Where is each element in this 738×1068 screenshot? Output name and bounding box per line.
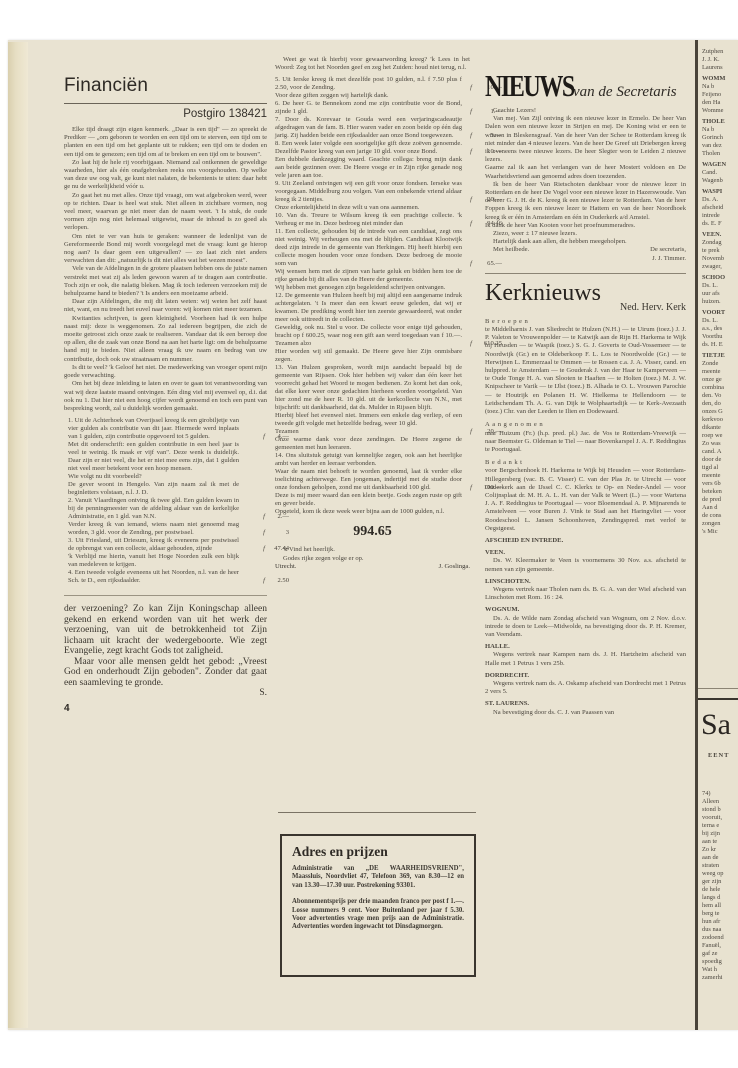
- fragment-line: Ds. A.: [702, 196, 738, 204]
- fragment-line: Novemb: [702, 255, 738, 263]
- fragment-heading: SCHOO: [702, 274, 738, 282]
- fragment-line: den, do: [702, 400, 738, 408]
- florin-sign: f: [470, 196, 472, 204]
- fragment-line: straten: [702, 862, 738, 870]
- right-page-title-fragment: Sa: [701, 708, 731, 742]
- financien-column: Financiën Postgiro 138421 Elke tijd draa…: [64, 75, 267, 714]
- gift-entry: Wij wensen hem met de zijnen van harte g…: [275, 268, 470, 284]
- signoff-signature: J. Goslinga.: [439, 563, 470, 570]
- florin-sign: f: [470, 428, 472, 436]
- page-number: 4: [64, 703, 267, 714]
- fragment-line: Na b: [702, 83, 738, 91]
- intro-paragraph: Zo gaat het nu met alles. Onze tijd vraa…: [64, 192, 267, 233]
- closing-paragraph: Maar voor alle mensen geldt het gebod: „…: [64, 657, 267, 689]
- gift-entry: Wij hebben met genoegen zijn begeleidend…: [275, 284, 470, 292]
- gift-text: Wij wensen hem met de zijnen van harte g…: [275, 268, 462, 283]
- beroepen-text: te Middelharnis J. van Sliedrecht te Hul…: [485, 326, 686, 416]
- gift-entry: Onze erkentelijkheid in deze wilt u van …: [275, 204, 470, 212]
- florin-sign: f: [470, 132, 472, 140]
- signoff-place: Utrecht.: [275, 563, 296, 570]
- gifts-column: Weet ge wat ik hierbij voor gewaarwordin…: [275, 50, 470, 570]
- nieuws-subtitle: van de Secretaris: [573, 84, 677, 101]
- fragment-line: gaf ze: [702, 950, 738, 958]
- fragment-line: Zo was: [702, 440, 738, 448]
- fragment-line: de cons: [702, 512, 738, 520]
- gift-entry: Een dubbele dankzegging waard. Geachte c…: [275, 156, 470, 180]
- nieuws-signature: J. J. Timmer.: [485, 255, 686, 263]
- nieuws-column: NIEUWS van de Secretaris Geachte Lezers!…: [485, 68, 686, 717]
- place-text: Ds. W. Kleermaker te Veen is voornemens …: [485, 557, 686, 573]
- gift-entry: 4. Een tweede volgde eveneens uit het No…: [68, 569, 267, 585]
- fragment-line: den Ha: [702, 99, 738, 107]
- gift-text: 4. Een tweede volgde eveneens uit het No…: [68, 569, 239, 584]
- fragment-line: de hele: [702, 886, 738, 894]
- intro-paragraph: Daar zijn Afdelingen, die mij dit laten …: [64, 298, 267, 314]
- gift-entry: 8. Een week later volgde een soortgelijk…: [275, 140, 470, 156]
- right-page-rule: [698, 688, 738, 689]
- fragment-line: te prek: [702, 247, 738, 255]
- nieuws-title: NIEUWS: [485, 68, 552, 104]
- fragment-line: dus naa: [702, 926, 738, 934]
- nieuws-closing-left: Met heilbede.: [485, 246, 529, 254]
- financien-title: Financiën: [64, 75, 267, 97]
- gift-text: 7. Door ds. Korevaar te Gouda werd een v…: [275, 116, 462, 139]
- fragment-line: Zonde: [702, 360, 738, 368]
- aangenomen-text: naar Huizum (Fr.) (h.p. pred. pl.) Jac. …: [485, 430, 686, 455]
- page-edge: [8, 42, 28, 1028]
- fragment-line: bij zijn: [702, 830, 738, 838]
- gift-text: Waar de naam niet behoeft te worden geno…: [275, 468, 462, 491]
- fragment-line: de pred: [702, 496, 738, 504]
- gift-entry: Deze is mij meer waard dan een klein bee…: [275, 492, 470, 508]
- florin-sign: f: [470, 340, 472, 348]
- closing-signature: S.: [64, 688, 267, 699]
- intro-paragraph: Is dit te veel? 'k Geloof het niet. De m…: [64, 364, 267, 380]
- place-text: Na bevestiging door ds. C. J. van Paasse…: [485, 709, 686, 717]
- fragment-line: dikante: [702, 424, 738, 432]
- fragment-line: intrede: [702, 212, 738, 220]
- fragment-line: hun afr: [702, 918, 738, 926]
- fragment-line: beteken: [702, 488, 738, 496]
- gift-entry: Met dit onderschrift: een gulden contrib…: [68, 441, 267, 473]
- fragment-line: zamerhi: [702, 974, 738, 982]
- fragment-line: Zo kr: [702, 846, 738, 854]
- nieuws-paragraph: Ziezo, weer ± 17 nieuwe lezers.: [485, 230, 686, 238]
- gift-text: 6. De heer G. te Bennekom zond me zijn c…: [275, 100, 462, 115]
- fragment-line: roep we: [702, 432, 738, 440]
- fragment-line: Fanuël,: [702, 942, 738, 950]
- fragment-line: Feijeno: [702, 91, 738, 99]
- place-text: Ds. A. de Wilde nam Zondag afscheid van …: [485, 615, 686, 640]
- nieuws-paragraph: Gaarne zal ik aan het verlangen van de h…: [485, 164, 686, 180]
- gift-text: 14. Ons sluitstuk getuigt van kennelijke…: [275, 452, 462, 467]
- gift-entry: Hierbij bleef het evenwel niet. Immers e…: [275, 412, 470, 428]
- fragment-line: stond b: [702, 806, 738, 814]
- adres-divider: [278, 812, 476, 813]
- gift-entry: Tezamenf20.—: [275, 428, 470, 436]
- fragment-line: van dez: [702, 142, 738, 150]
- after-total-line: 'k Vind het heerlijk.: [275, 546, 470, 554]
- gift-text: Met dit onderschrift: een gulden contrib…: [68, 441, 239, 472]
- gift-text: Voor deze giften zeggen wij hartelijk da…: [275, 92, 389, 99]
- right-page-subtitle-fragment: EENT: [708, 752, 738, 760]
- nieuws-paragraph: Hartelijk dank aan allen, die hebben mee…: [485, 238, 686, 246]
- intro-paragraph: Om niet te ver van huis te geraken: wann…: [64, 233, 267, 266]
- gift-text: Verder kreeg ik van iemand, wiens naam n…: [68, 521, 239, 536]
- intro-paragraph: Zo laat hij de hele rij voorbijgaan. Nie…: [64, 159, 267, 192]
- gift-entry: 5. Uit Ierske kreeg ik met dezelfde post…: [275, 76, 470, 92]
- fragment-line: Voorthu: [702, 333, 738, 341]
- florin-sign: f: [470, 484, 472, 492]
- intro-paragraph: Vele van de Afdelingen in de grotere pla…: [64, 265, 267, 298]
- fragment-line: Aan d: [702, 504, 738, 512]
- gift-text: 10. Van ds. Treure te Wilsum kreeg ik ee…: [275, 212, 462, 227]
- fragment-line: vooruit,: [702, 814, 738, 822]
- fragment-line: uur afs: [702, 290, 738, 298]
- gift-entry: 1. Uit de Achterhoek van Overijssel kree…: [68, 417, 267, 441]
- gift-text: 'k Verblijd me hierin, vanuit het Hoge N…: [68, 553, 239, 568]
- fragment-heading: WAGEN: [702, 161, 738, 169]
- adres-prices: Abonnementsprijs per drie maanden franco…: [292, 898, 464, 932]
- fragment-line: aan de: [702, 854, 738, 862]
- gift-text: Onze warme dank voor deze zendingen. De …: [275, 436, 462, 451]
- signoff: Utrecht. J. Goslinga.: [275, 563, 470, 570]
- col2-intro: Weet ge wat ik hierbij voor gewaarwordin…: [275, 56, 470, 72]
- place-heading: HALLE.: [485, 643, 686, 651]
- fragment-line: afscheid: [702, 204, 738, 212]
- fragment-heading: WASPI: [702, 188, 738, 196]
- place-heading: WOGNUM.: [485, 606, 686, 614]
- fragment-line: spoedig: [702, 958, 738, 966]
- fragment-line: onzes G: [702, 408, 738, 416]
- gift-entry: Voor deze giften zeggen wij hartelijk da…: [275, 92, 470, 100]
- nieuws-paragraph: Ik ben de heer Van Rietschoten dankbaar …: [485, 181, 686, 222]
- fragment-line: Laurens: [702, 64, 738, 72]
- closing-signature-line: Maar voor alle mensen geldt het gebod: „…: [64, 657, 267, 689]
- nieuws-body: Geachte Lezers! Van mej. Van Zijl ontvin…: [485, 107, 686, 263]
- gift-text: 13. Van Hulzen gesproken, wordt mijn aan…: [275, 364, 462, 411]
- fragment-heading: VOORT: [702, 309, 738, 317]
- fragment-line: zongen: [702, 520, 738, 528]
- fragment-line: weeg op: [702, 870, 738, 878]
- nieuws-closing-right: De secretaris,: [650, 246, 686, 254]
- gift-entry: Wie volgt nu dit voorbeeld?: [68, 473, 267, 481]
- fragment-line: Zondag: [702, 239, 738, 247]
- col2-intro-text: Weet ge wat ik hierbij voor gewaarwordin…: [275, 56, 470, 72]
- gift-amount: 2.50: [277, 577, 289, 585]
- gift-entry: Opgeteld, kom ik deze week weer bijna aa…: [275, 508, 470, 516]
- place-heading: LINSCHOTEN.: [485, 578, 686, 586]
- gift-list: 1. Uit de Achterhoek van Overijssel kree…: [68, 417, 267, 585]
- gift-text: 2. Vanuit Vlaardingen ontving ik twee gl…: [68, 497, 239, 520]
- fragment-line: aan te: [702, 838, 738, 846]
- gift-entry: 'k Verblijd me hierin, vanuit het Hoge N…: [68, 553, 267, 569]
- fragment-line: combina: [702, 384, 738, 392]
- fragment-line: meente: [702, 472, 738, 480]
- florin-sign: f: [470, 260, 472, 268]
- gift-text: 11. Een collecte, gehouden bij de intred…: [275, 228, 462, 267]
- fragment-heading: VEEN.: [702, 231, 738, 239]
- fragment-line: Ds. L.: [702, 282, 738, 290]
- fragment-line: tigd al: [702, 464, 738, 472]
- nieuws-greeting: Geachte Lezers!: [485, 107, 686, 115]
- fragment-line: huizen.: [702, 298, 738, 306]
- fragment-line: Na b: [702, 126, 738, 134]
- florin-sign: f: [263, 545, 265, 553]
- after-total: 'k Vind het heerlijk. Godes rijke zegen …: [275, 546, 470, 562]
- intro-paragraph: Kwitanties schrijven, is geen kleinighei…: [64, 315, 267, 364]
- gift-entry: 2. Vanuit Vlaardingen ontving ik twee gl…: [68, 497, 267, 521]
- gift-text: Wie volgt nu dit voorbeeld?: [68, 473, 142, 480]
- nieuws-paragraph: Van mej. Van Zijl ontving ik een nieuwe …: [485, 115, 686, 164]
- gift-text: 5. Uit Ierske kreeg ik met dezelfde post…: [275, 76, 462, 91]
- gift-entry: 3. Uit Friesland, uit Driesum, kreeg ik …: [68, 537, 267, 553]
- gift-text: Een dubbele dankzegging waard. Geachte c…: [275, 156, 462, 179]
- gift-text: Opgeteld, kom ik deze week weer bijna aa…: [275, 508, 444, 515]
- gift-entry: Waar de naam niet behoeft te worden geno…: [275, 468, 470, 492]
- florin-sign: f: [470, 148, 472, 156]
- right-page-lower-text: 74)Alleenstond bvooruit,terna ebij zijna…: [702, 790, 738, 982]
- gift-text: Hier worden wij stil gemaakt. De Heere g…: [275, 348, 462, 363]
- adres-title: Adres en prijzen: [292, 844, 464, 860]
- fragment-line: ds. E. F: [702, 220, 738, 228]
- bedankt-label: Bedankt: [485, 459, 686, 467]
- place-heading: VEEN.: [485, 549, 686, 557]
- fragment-line: den. Vo: [702, 392, 738, 400]
- place-text: Wegens vertrek naar Kampen nam ds. J. H.…: [485, 651, 686, 667]
- beroepen-label: Beroepen: [485, 318, 686, 326]
- fragment-line: Cand.: [702, 169, 738, 177]
- gift-text: De gever woont in Hengelo. Van zijn naam…: [68, 481, 239, 496]
- fragment-line: Alleen: [702, 798, 738, 806]
- fragment-line: J. J. K.: [702, 56, 738, 64]
- place-heading: DORDRECHT.: [485, 672, 686, 680]
- gift-entry: 10. Van ds. Treure te Wilsum kreeg ik ee…: [275, 212, 470, 228]
- fragment-line: 74): [702, 790, 738, 798]
- gift-text: Geweldig, ook nu. Stel u voor. De collec…: [275, 324, 462, 347]
- fragment-line: Ds. L.: [702, 317, 738, 325]
- gift-entry: Hier worden wij stil gemaakt. De Heere g…: [275, 348, 470, 364]
- gift-entry: 9. Uit Zeeland ontvingen wij een gift vo…: [275, 180, 470, 204]
- gift-text: 12. De gemeente van Hulzen heeft bij mij…: [275, 292, 462, 323]
- gift-entry: Geweldig, ook nu. Stel u voor. De collec…: [275, 324, 470, 348]
- gift-text: 8. Een week later volgde een soortgelijk…: [275, 140, 462, 155]
- fragment-heading: TIETJE: [702, 352, 738, 360]
- fragment-line: vers 6b: [702, 480, 738, 488]
- fragment-line: cand. A: [702, 448, 738, 456]
- fragment-line: ger zijn: [702, 878, 738, 886]
- fragment-line: Zutphen: [702, 48, 738, 56]
- gift-text: 9. Uit Zeeland ontvingen wij een gift vo…: [275, 180, 462, 203]
- title-rule: [64, 103, 267, 104]
- fragment-line: meente: [702, 368, 738, 376]
- fragment-line: zodoend: [702, 934, 738, 942]
- fragment-line: Wat h: [702, 966, 738, 974]
- adres-admin: Administratie van „DE WAARHEIDSVRIEND", …: [292, 865, 464, 890]
- gift-entry: 7. Door ds. Korevaar te Gouda werd een v…: [275, 116, 470, 140]
- fragment-line: a.s., des: [702, 325, 738, 333]
- fragment-heading: WOMM: [702, 75, 738, 83]
- kerknieuws-body: Beroepen te Middelharnis J. van Sliedrec…: [485, 318, 686, 717]
- gift-text: 3. Uit Friesland, uit Driesum, kreeg ik …: [68, 537, 239, 552]
- florin-sign: f: [263, 433, 265, 441]
- gift-entry: 12. De gemeente van Hulzen heeft bij mij…: [275, 292, 470, 324]
- fragment-line: zwager,: [702, 263, 738, 271]
- afscheid-label: AFSCHEID EN INTREDE.: [485, 537, 686, 545]
- right-page-fragment: ZutphenJ. J. K.LaurensWOMMNa bFeijenoden…: [698, 40, 738, 1030]
- gift-text: Wij hebben met genoegen zijn begeleidend…: [275, 284, 445, 291]
- total-amount: 994.65: [275, 524, 470, 540]
- fragment-line: langs d: [702, 894, 738, 902]
- intro-paragraph: Elke tijd draagt zijn eigen kenmerk. „Da…: [64, 126, 267, 159]
- gift-entry: Verder kreeg ik van iemand, wiens naam n…: [68, 521, 267, 537]
- gift-entry: 14. Ons sluitstuk getuigt van kennelijke…: [275, 452, 470, 468]
- gift-entry: 6. De heer G. te Bennekom zond me zijn c…: [275, 100, 470, 116]
- fragment-line: door de: [702, 456, 738, 464]
- postgiro-number: Postgiro 138421: [64, 108, 267, 120]
- afscheid-items: VEEN.Ds. W. Kleermaker te Veen is voorne…: [485, 549, 686, 717]
- florin-sign: f: [470, 220, 472, 228]
- fragment-heading: THOLE: [702, 118, 738, 126]
- gift-list-2: 5. Uit Ierske kreeg ik met dezelfde post…: [275, 76, 470, 516]
- gift-text: 1. Uit de Achterhoek van Overijssel kree…: [68, 417, 239, 440]
- fragment-line: onze ge: [702, 376, 738, 384]
- nieuws-heading: NIEUWS van de Secretaris: [485, 68, 686, 104]
- intro-paragraph: Om het bij deze inleiding te laten en ov…: [64, 380, 267, 413]
- gift-entry: 11. Een collecte, gehouden bij de intred…: [275, 228, 470, 268]
- florin-sign: f: [470, 84, 472, 92]
- florin-sign: f: [263, 513, 265, 521]
- fragment-line: 's Mic: [702, 528, 738, 536]
- place-heading: ST. LAURENS.: [485, 700, 686, 708]
- closing-paragraph: der verzoening? Zo kan Zijn Koningschap …: [64, 604, 267, 657]
- fragment-line: terna e: [702, 822, 738, 830]
- fragment-line: ds. H. E: [702, 341, 738, 349]
- closing-text: der verzoening? Zo kan Zijn Koningschap …: [64, 595, 267, 699]
- fragment-line: Womme: [702, 107, 738, 115]
- fragment-line: Tholen: [702, 150, 738, 158]
- gift-text: Hierbij bleef het evenwel niet. Immers e…: [275, 412, 462, 427]
- right-page-upper-text: ZutphenJ. J. K.LaurensWOMMNa bFeijenoden…: [702, 48, 738, 536]
- nieuws-paragraph: Ik dank de heer Van Kooten voor het proe…: [485, 222, 686, 230]
- section-divider: [485, 273, 686, 274]
- right-page-box-top: [698, 698, 738, 700]
- fragment-line: berg te: [702, 910, 738, 918]
- after-total-line: Godes rijke zegen volge er op.: [275, 555, 470, 563]
- gift-entry: De gever woont in Hengelo. Van zijn naam…: [68, 481, 267, 497]
- fragment-line: Wagenb: [702, 177, 738, 185]
- nieuws-closing: Met heilbede. De secretaris,: [485, 246, 686, 254]
- florin-sign: f: [263, 577, 265, 585]
- gift-entry: Onze warme dank voor deze zendingen. De …: [275, 436, 470, 452]
- gift-text: Deze is mij meer waard dan een klein bee…: [275, 492, 462, 507]
- florin-sign: f: [470, 108, 472, 116]
- gift-text: Onze erkentelijkheid in deze wilt u van …: [275, 204, 419, 211]
- fragment-line: Gorinch: [702, 134, 738, 142]
- place-text: Wegens vertrek nam ds. A. Oskamp afschei…: [485, 680, 686, 696]
- florin-sign: f: [263, 529, 265, 537]
- place-text: Wegens vertrek naar Tholen nam ds. B. G.…: [485, 586, 686, 602]
- gift-entry: 13. Van Hulzen gesproken, wordt mijn aan…: [275, 364, 470, 412]
- adres-box: Adres en prijzen Administratie van „DE W…: [280, 834, 476, 977]
- bedankt-text: voor Bergschenhoek H. Harkema te Wijk bi…: [485, 467, 686, 533]
- aangenomen-label: Aangenomen: [485, 421, 686, 429]
- fragment-line: hem all: [702, 902, 738, 910]
- financien-intro: Elke tijd draagt zijn eigen kenmerk. „Da…: [64, 126, 267, 413]
- fragment-line: kerkvoo: [702, 416, 738, 424]
- gift-text: Tezamen: [275, 428, 299, 435]
